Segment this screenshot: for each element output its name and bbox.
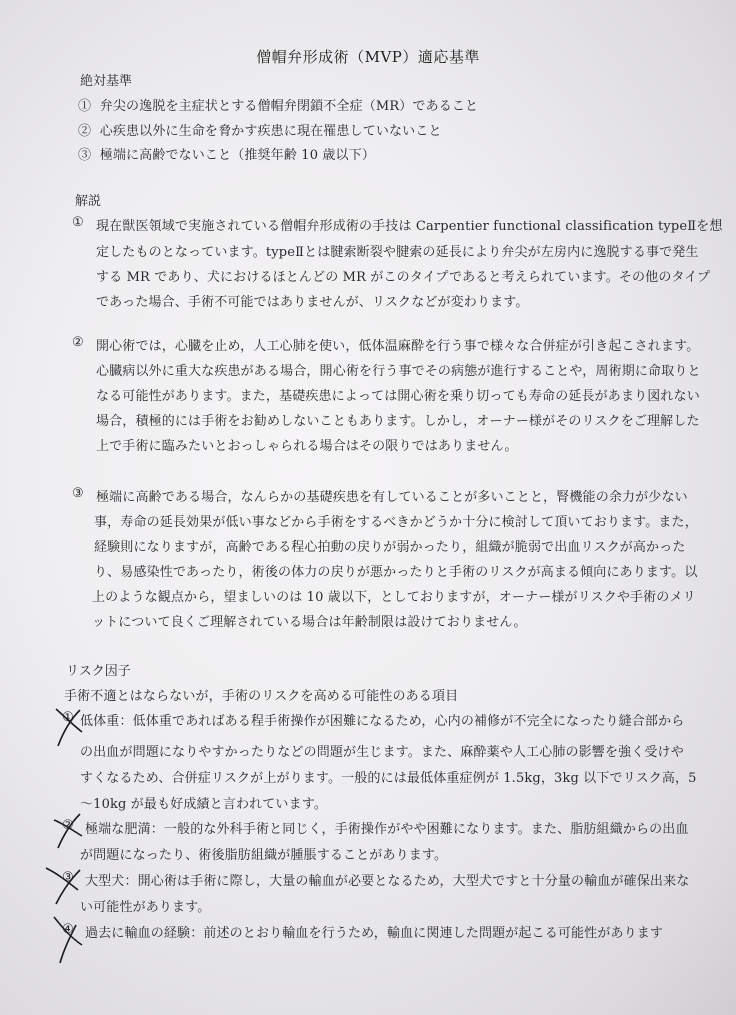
- paragraph-line: ットについて良くご理解されている場合は年齢制限は設けておりません。: [92, 611, 526, 630]
- paragraph-line: の出血が問題になりやすかったりなどの問題が生じます。また、麻酔薬や人工心肺の影響…: [80, 741, 684, 760]
- item-num: ②: [72, 335, 84, 350]
- absolute-criteria-heading: 絶対基準: [80, 70, 132, 89]
- explanation-heading: 解説: [75, 190, 101, 209]
- paragraph-line: 大型犬：開心術は手術に際し，大量の輸血が必要となるため，大型犬ですと十分量の輸血…: [85, 870, 689, 889]
- handwritten-x-mark-icon: [50, 915, 90, 965]
- paragraph-line: 極端な肥満：一般的な外科手術と同じく，手術操作がやや困難になります。また、脂肪組…: [85, 818, 689, 837]
- criteria-text: 弁尖の逸脱を主症状とする僧帽弁閉鎖不全症（MR）であること: [100, 99, 478, 114]
- criteria-text: 極端に高齢でないこと（推奨年齢 10 歳以下）: [100, 148, 375, 163]
- criteria-item-3: ③ 極端に高齢でないこと（推奨年齢 10 歳以下）: [78, 144, 375, 163]
- document-page: 僧帽弁形成術（MVP）適応基準 絶対基準 ① 弁尖の逸脱を主症状とする僧帽弁閉鎖…: [0, 0, 736, 1015]
- criteria-item-1: ① 弁尖の逸脱を主症状とする僧帽弁閉鎖不全症（MR）であること: [78, 95, 478, 114]
- item-num: ①: [72, 215, 84, 230]
- document-title: 僧帽弁形成術（MVP）適応基準: [0, 46, 736, 67]
- criteria-num: ②: [78, 124, 91, 139]
- paragraph-line: 現在獣医領域で実施されている僧帽弁形成術の手技は Carpentier func…: [96, 215, 723, 234]
- risk-factors-heading: リスク因子: [66, 660, 131, 679]
- paragraph-line: ～10kg が最も好成績と言われています。: [80, 793, 327, 812]
- paragraph-line: り、易感染性であったり，術後の体力の戻りが悪かったりと手術のリスクが高まる傾向に…: [94, 561, 697, 580]
- paragraph-line: 心臓病以外に重大な疾患がある場合，開心術を行う事でその病態が進行することや，周術…: [96, 360, 701, 379]
- paragraph-line: い可能性があります。: [80, 896, 210, 915]
- criteria-num: ①: [78, 99, 91, 114]
- risk-factors-subheading: 手術不適とはならないが，手術のリスクを高める可能性のある項目: [64, 685, 458, 704]
- paragraph-line: する MR であり、犬におけるほとんどの MR がこのタイプであると考えられてい…: [96, 266, 710, 285]
- handwritten-x-mark-icon: [50, 812, 86, 852]
- paragraph-line: 事，寿命の延長効果が低い事などから手術をするべきかどうか十分に検討して頂いており…: [94, 511, 698, 530]
- criteria-text: 心疾患以外に生命を脅かす疾患に現在罹患していないこと: [100, 124, 442, 139]
- paragraph-line: が問題になったり、術後脂肪組織が腫脹することがあります。: [80, 844, 447, 863]
- paragraph-line: すくなるため、合併症リスクが上がります。一般的には最低体重症例が 1.5kg，3…: [80, 767, 697, 786]
- paragraph-line: 経験則になりますが，高齢である程心拍動の戻りが弱かったり，組織が脆弱で出血リスク…: [94, 536, 686, 555]
- criteria-num: ③: [78, 148, 91, 163]
- paragraph-line: 過去に輸血の経験：前述のとおり輸血を行うため，輸血に関連した問題が起こる可能性が…: [85, 922, 663, 941]
- paragraph-line: 定したものとなっています。typeⅡとは腱索断裂や腱索の延長により弁尖が左房内に…: [96, 241, 699, 260]
- paragraph-line: であった場合、手術不可能ではありませんが、リスクなどが変わります。: [96, 291, 529, 310]
- paragraph-line: 場合，積極的には手術をお勧めしないこともあります。しかし，オーナー様がそのリスク…: [96, 410, 700, 429]
- paragraph-line: 開心術では，心臓を止め，人工心肺を使い，低体温麻酔を行う事で様々な合併症が引き起…: [96, 335, 699, 354]
- paragraph-line: 極端に高齢である場合，なんらかの基礎疾患を有していることが多いことと，腎機能の余…: [96, 486, 688, 505]
- handwritten-x-mark-icon: [52, 706, 88, 750]
- paragraph-line: なる可能性があります。また，基礎疾患によっては開心術を乗り切っても寿命の延長があ…: [96, 385, 700, 404]
- criteria-item-2: ② 心疾患以外に生命を脅かす疾患に現在罹患していないこと: [78, 120, 442, 139]
- paragraph-line: 低体重：低体重であればある程手術操作が困難になるため，心内の補修が不完全になった…: [80, 710, 684, 729]
- handwritten-x-mark-icon: [44, 862, 84, 908]
- item-num: ③: [72, 486, 84, 501]
- paragraph-line: 上で手術に臨みたいとおっしゃられる場合はその限りではありません。: [96, 435, 518, 454]
- paragraph-line: 上のような観点から，望ましいのは 10 歳以下，としておりますが，オーナー様がリ…: [92, 586, 696, 605]
